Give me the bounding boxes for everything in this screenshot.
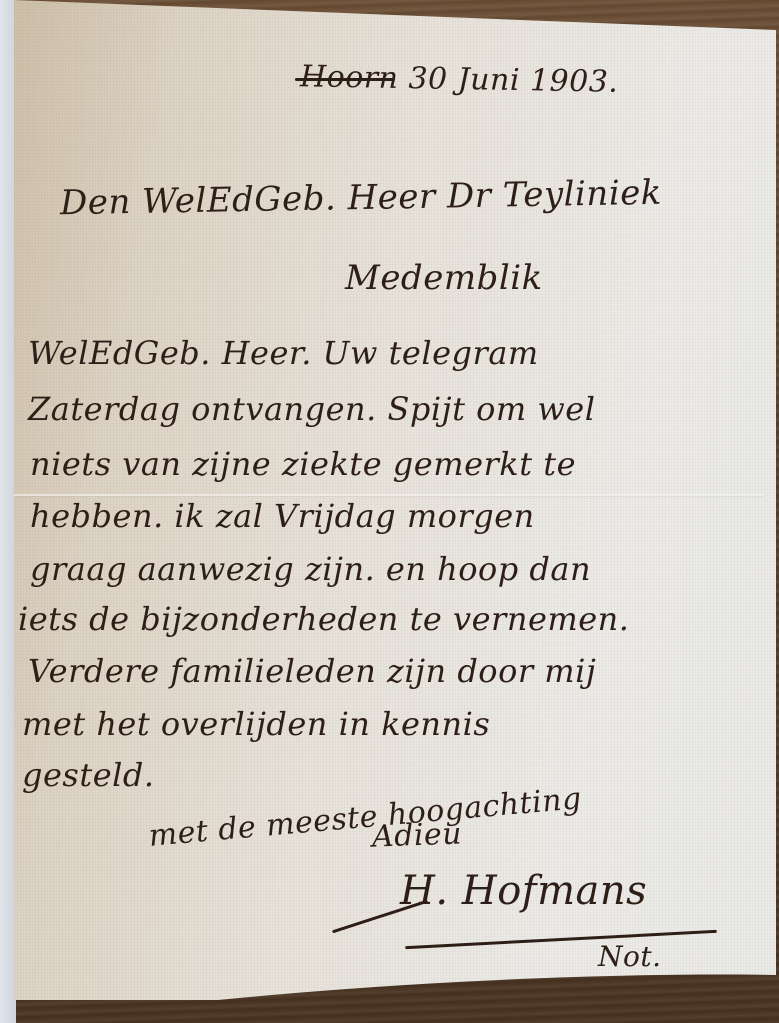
body-line: niets van zijne ziekte gemerkt te xyxy=(30,445,576,483)
closing-farewell: Adieu xyxy=(371,816,462,854)
body-line: Zaterdag ontvangen. Spijt om wel xyxy=(28,390,595,428)
body-line: graag aanwezig zijn. en hoop dan xyxy=(30,550,591,588)
body-line: iets de bijzonderheden te vernemen. xyxy=(18,600,629,638)
body-line: gesteld. xyxy=(22,756,155,794)
addressee-place: Medemblik xyxy=(345,258,543,298)
body-line: Verdere familieleden zijn door mij xyxy=(28,652,596,690)
signature-title: Not. xyxy=(598,940,662,973)
paper-fold-line xyxy=(14,494,764,496)
body-line: met het overlijden in kennis xyxy=(22,705,490,743)
body-line: WelEdGeb. Heer. Uw telegram xyxy=(28,334,539,372)
underlying-white-sheet xyxy=(0,0,16,1023)
body-line: hebben. ik zal Vrijdag morgen xyxy=(30,497,535,535)
place-date: Hoorn 30 Juni 1903. xyxy=(300,59,619,100)
signature: H. Hofmans xyxy=(400,868,647,914)
